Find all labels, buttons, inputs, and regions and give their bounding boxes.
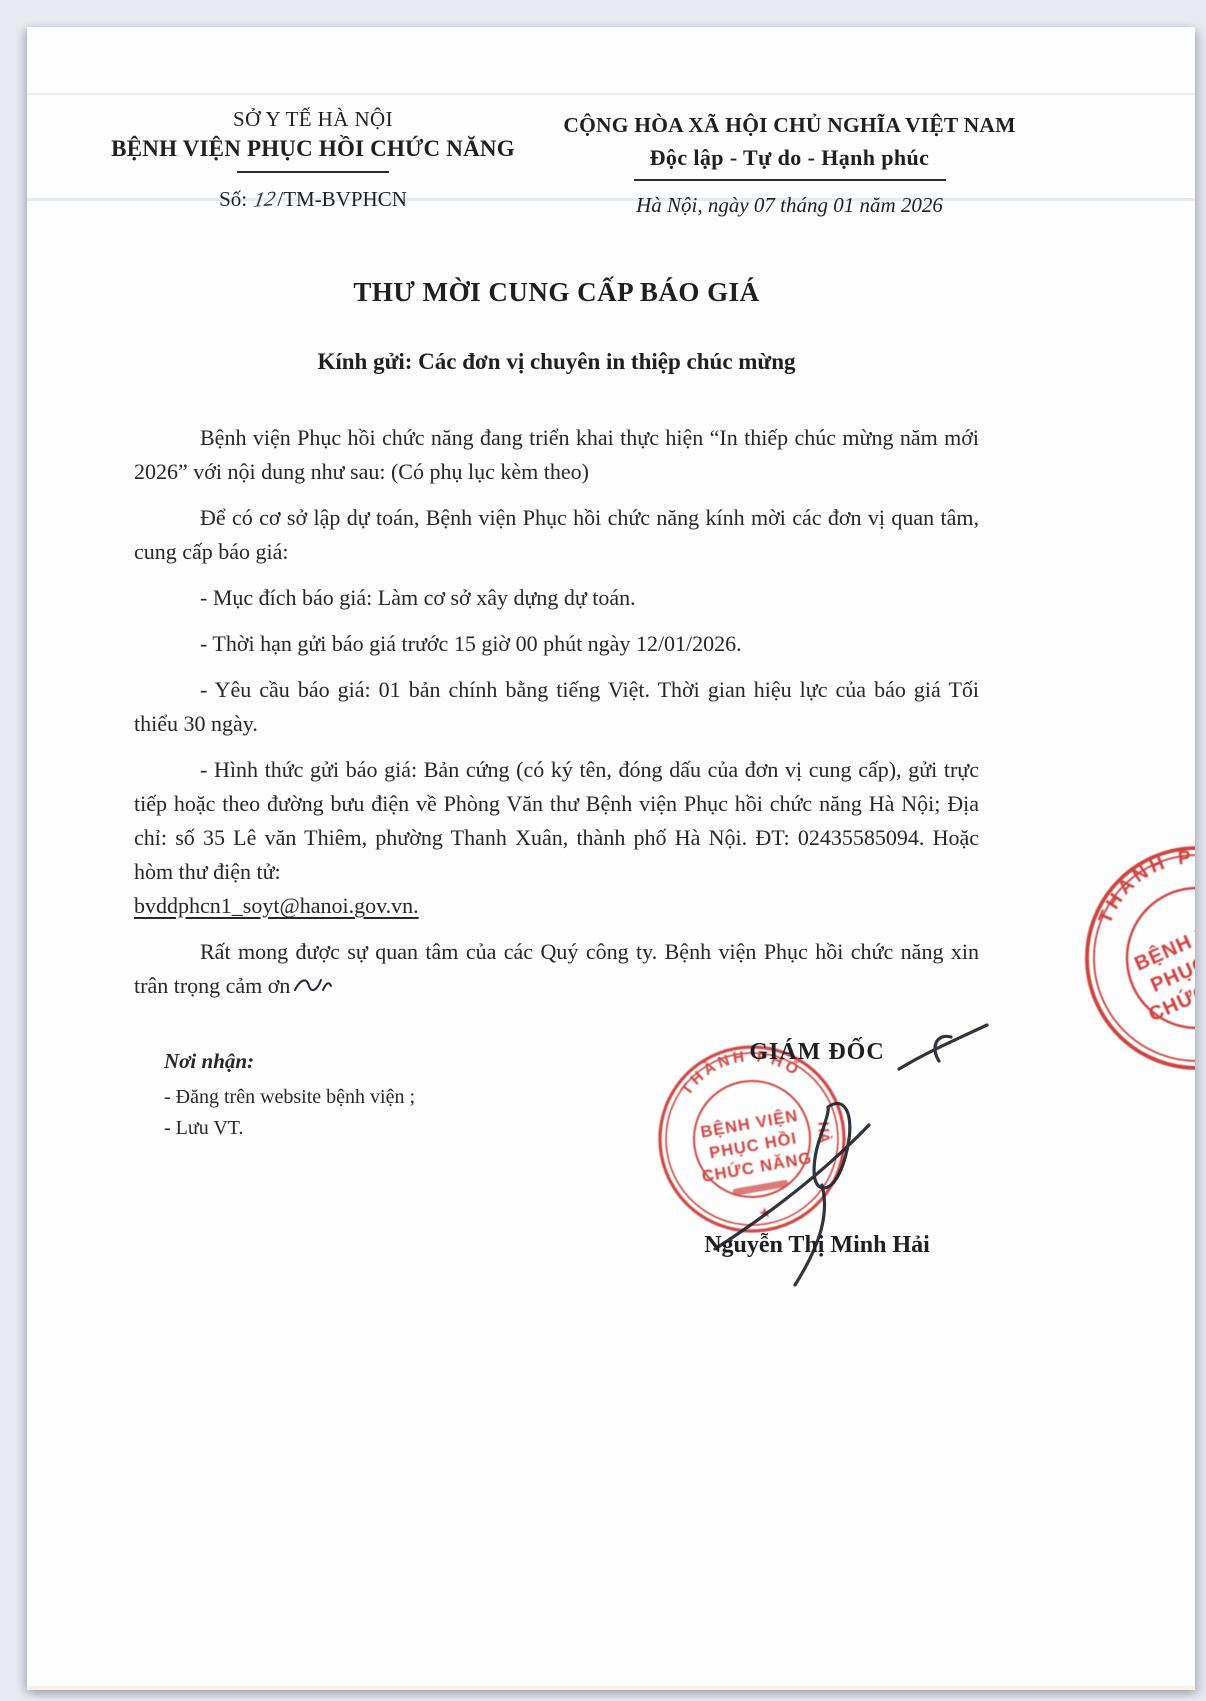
document-page: SỞ Y TẾ HÀ NỘI BỆNH VIỆN PHỤC HỒI CHỨC N… <box>27 27 1195 1690</box>
handwritten-initials <box>292 973 334 997</box>
org-name: BỆNH VIỆN PHỤC HỒI CHỨC NĂNG <box>93 136 533 162</box>
closing-text: Rất mong được sự quan tâm của các Quý cô… <box>134 939 979 998</box>
parent-org-name: SỞ Y TẾ HÀ NỘI <box>93 107 533 132</box>
paragraph-purpose: Để có cơ sở lập dự toán, Bệnh viện Phục … <box>134 501 979 569</box>
paragraph-bullet-requirement: - Yêu cầu báo giá: 01 bản chính bằng tiế… <box>134 673 979 741</box>
salutation-line: Kính gửi: Các đơn vị chuyên in thiệp chú… <box>134 349 979 375</box>
paragraph-bullet-purpose: - Mục đích báo giá: Làm cơ sở xây dựng d… <box>134 581 979 615</box>
paragraph-bullet-deadline: - Thời hạn gửi báo giá trước 15 giờ 00 p… <box>134 627 979 661</box>
doc-number-handwritten: 12 <box>252 186 278 212</box>
motto-underline <box>634 179 946 181</box>
doc-number-suffix: /TM-BVPHCN <box>277 187 407 211</box>
paragraph-closing: Rất mong được sự quan tâm của các Quý cô… <box>134 935 979 1003</box>
body-text: Bệnh viện Phục hồi chức năng đang triển … <box>134 421 979 1015</box>
header-right: CỘNG HÒA XÃ HỘI CHỦ NGHĨA VIỆT NAM Độc l… <box>527 113 1052 218</box>
hospital-round-stamp-partial: THÀNH PHỐ BỆNH VIỆN PHỤC HỒI CHỨC NĂNG ★ <box>1077 838 1195 1078</box>
recipients-block: Nơi nhận: - Đăng trên website bệnh viện … <box>164 1049 415 1144</box>
document-title: THƯ MỜI CUNG CẤP BÁO GIÁ <box>134 277 979 308</box>
place-date-line: Hà Nội, ngày 07 tháng 01 năm 2026 <box>527 193 1052 218</box>
paragraph-delivery-method: - Hình thức gửi báo giá: Bản cứng (có ký… <box>134 753 979 923</box>
doc-number-label: Số: <box>219 187 247 211</box>
org-underline <box>237 171 389 173</box>
contact-email: bvddphcn1_soyt@hanoi.gov.vn. <box>134 889 979 923</box>
header-left: SỞ Y TẾ HÀ NỘI BỆNH VIỆN PHỤC HỒI CHỨC N… <box>93 107 533 212</box>
national-motto: CỘNG HÒA XÃ HỘI CHỦ NGHĨA VIỆT NAM <box>527 113 1052 138</box>
recipient-item: - Lưu VT. <box>164 1113 415 1144</box>
signature-ink <box>587 1007 1027 1307</box>
document-number: Số: 12/TM-BVPHCN <box>93 187 533 212</box>
independence-motto: Độc lập - Tự do - Hạnh phúc <box>527 145 1052 171</box>
scanned-letter-screenshot: { "doc": { "header_left": { "org_parent"… <box>0 0 1206 1701</box>
recipient-item: - Đăng trên website bệnh viện ; <box>164 1082 415 1113</box>
scan-artifact-line <box>27 93 1195 95</box>
paragraph-intro: Bệnh viện Phục hồi chức năng đang triển … <box>134 421 979 489</box>
scan-edge-tint <box>27 1686 1195 1690</box>
delivery-method-text: - Hình thức gửi báo giá: Bản cứng (có ký… <box>134 757 979 884</box>
recipients-label: Nơi nhận: <box>164 1049 415 1074</box>
